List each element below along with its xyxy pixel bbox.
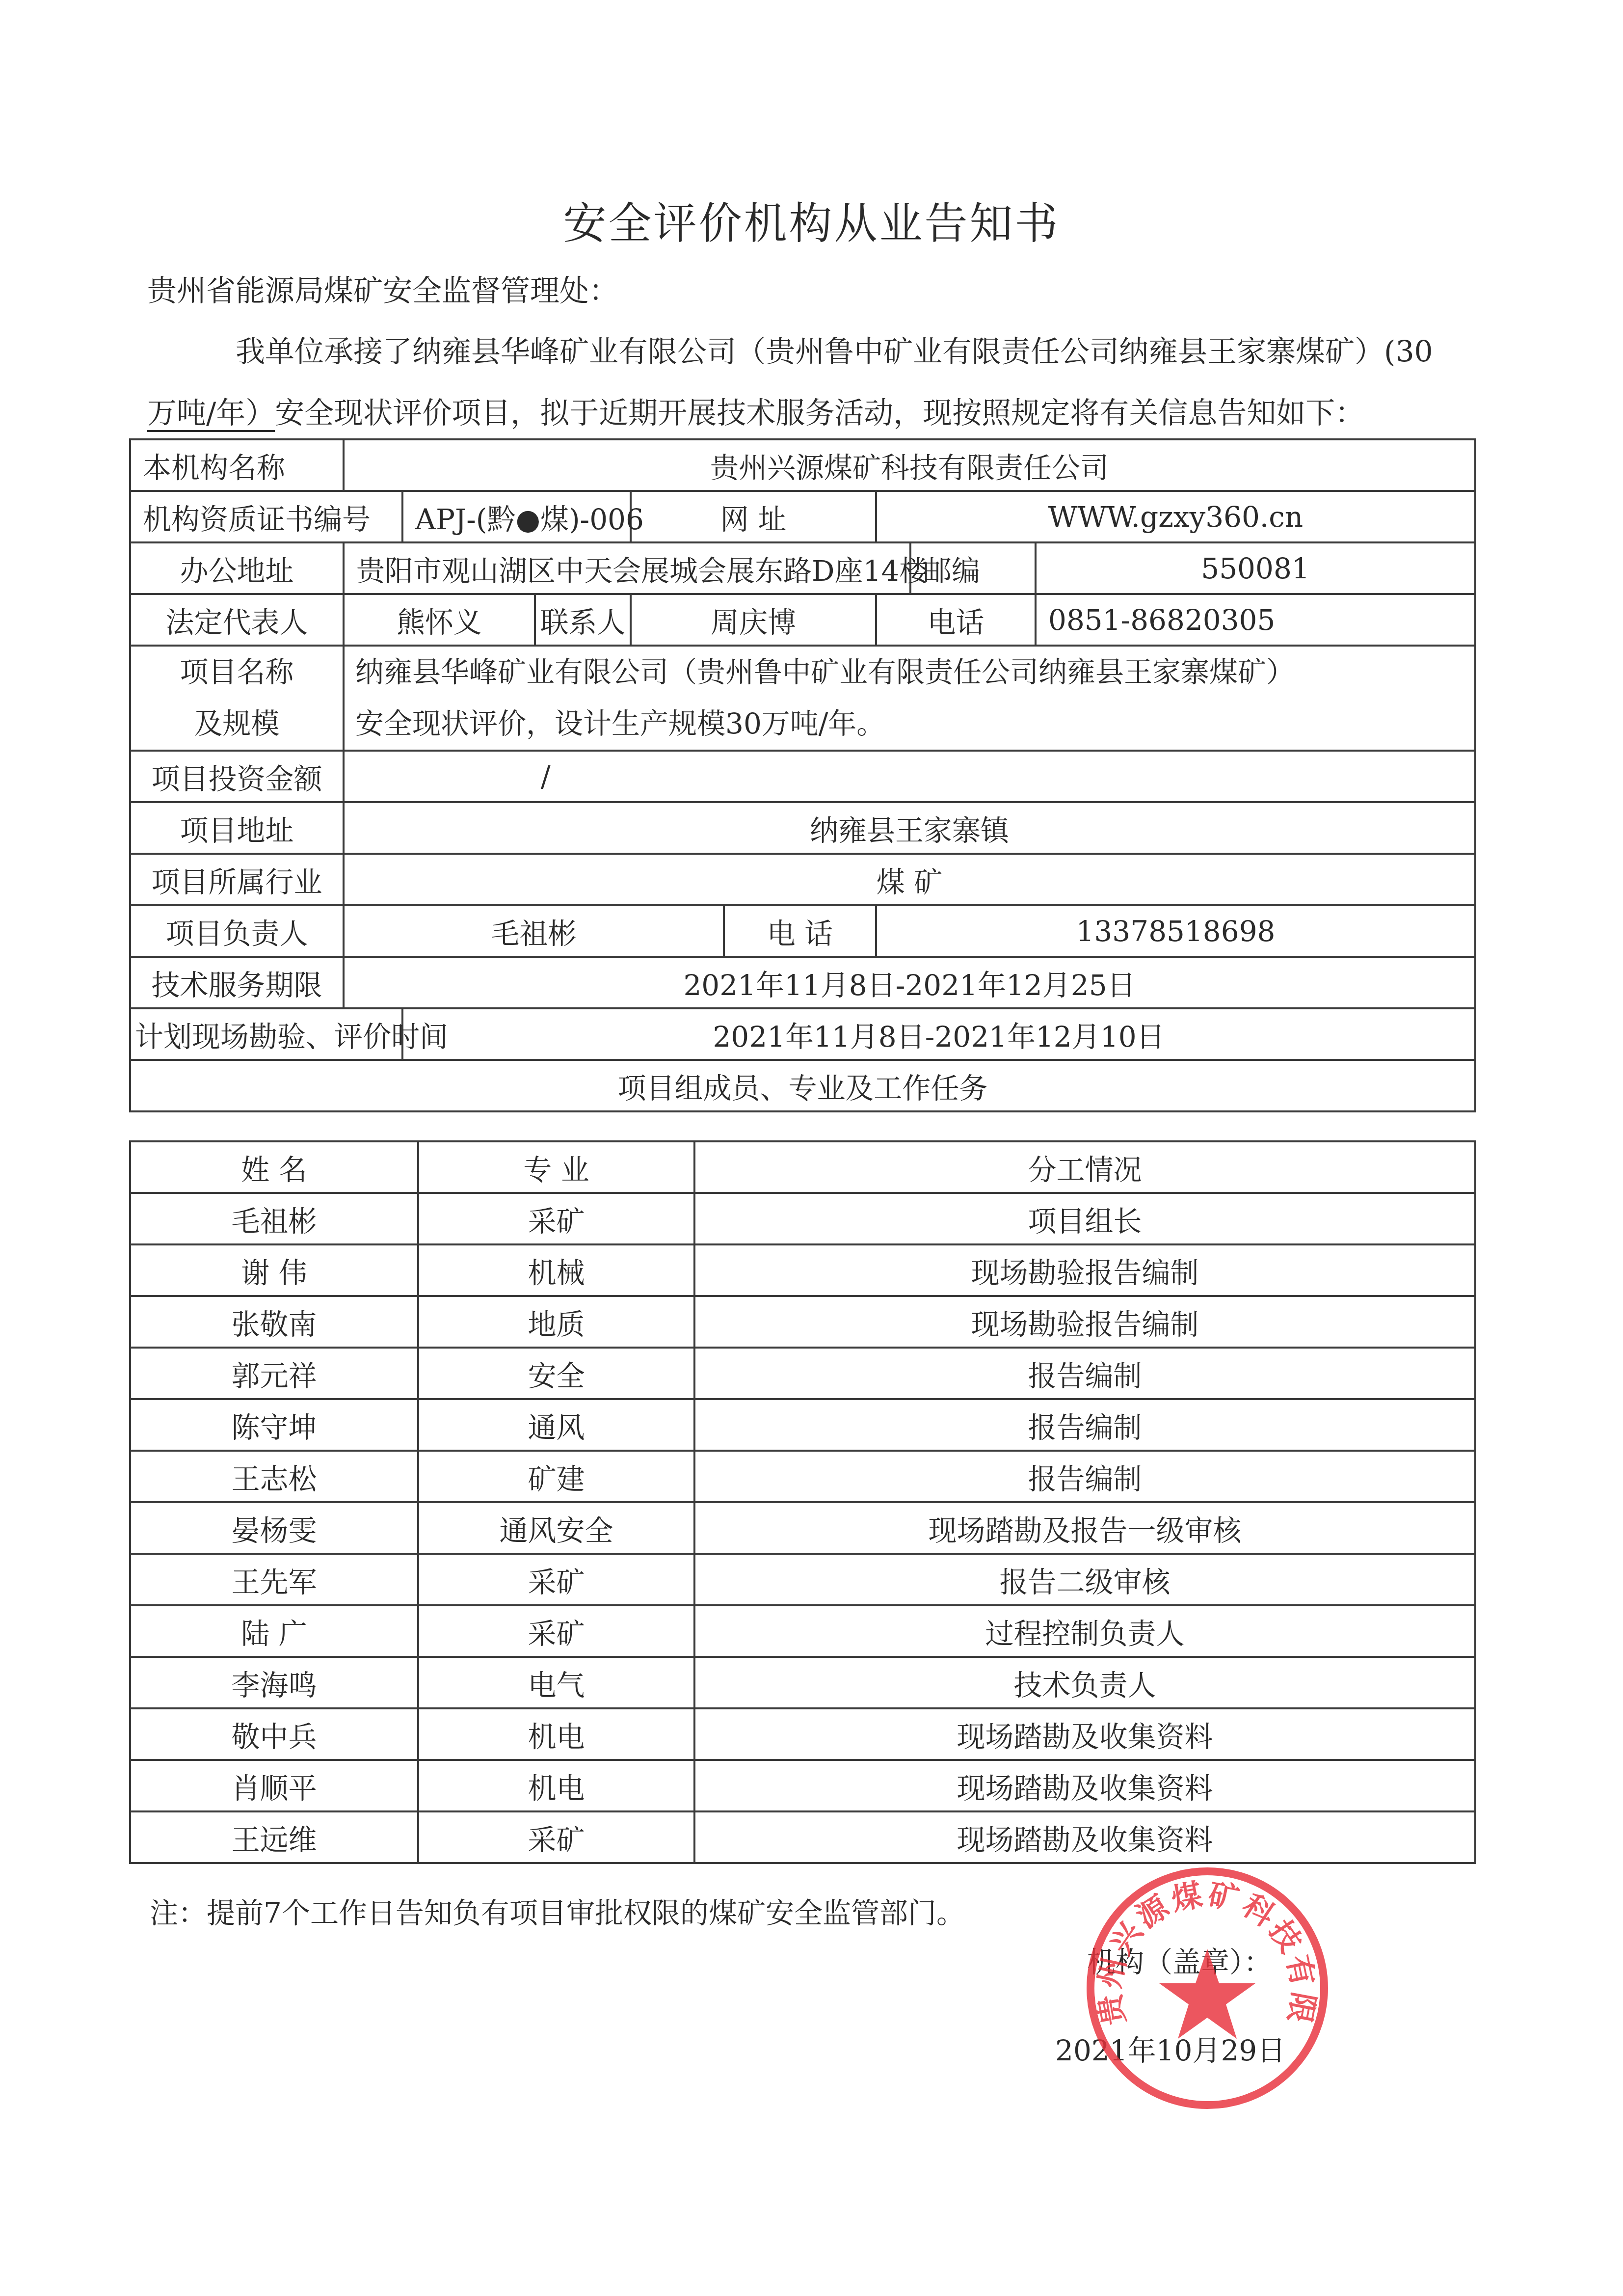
member-name: 王远维 [130, 1811, 418, 1863]
member-name: 陈守坤 [130, 1399, 418, 1451]
member-row: 敬中兵机电现场踏勘及收集资料 [130, 1708, 1475, 1760]
addressee: 贵州省能源局煤矿安全监督管理处： [147, 268, 618, 310]
member-row: 毛祖彬采矿项目组长 [130, 1193, 1475, 1244]
project-lead-value: 毛祖彬 [344, 905, 724, 957]
member-name: 毛祖彬 [130, 1193, 418, 1244]
industry-value: 煤 矿 [344, 854, 1475, 905]
industry-label: 项目所属行业 [130, 854, 344, 905]
member-name: 晏杨雯 [130, 1502, 418, 1554]
member-row: 肖顺平机电现场踏勘及收集资料 [130, 1760, 1475, 1811]
member-row: 张敬南地质现场勘验报告编制 [130, 1296, 1475, 1348]
postcode-label: 邮编 [910, 542, 1036, 594]
cert-label: 机构资质证书编号 [130, 491, 402, 542]
member-major: 机电 [418, 1760, 694, 1811]
row-investment: 项目投资金额 / [130, 751, 1475, 802]
header-major: 专 业 [418, 1141, 694, 1193]
member-name: 郭元祥 [130, 1348, 418, 1399]
website-label: 网 址 [631, 491, 876, 542]
project-name-value: 纳雍县华峰矿业有限公司（贵州鲁中矿业有限责任公司纳雍县王家寨煤矿）安全现状评价，… [344, 646, 1475, 751]
info-table: 本机构名称 贵州兴源煤矿科技有限责任公司 机构资质证书编号 APJ-(黔●煤)-… [129, 438, 1476, 1112]
website-value: WWW.gzxy360.cn [876, 491, 1475, 542]
row-project-address: 项目地址 纳雍县王家寨镇 [130, 802, 1475, 854]
row-org-name: 本机构名称 贵州兴源煤矿科技有限责任公司 [130, 439, 1475, 491]
lead-phone-label: 电 话 [724, 905, 876, 957]
body-line-2-rest: 安全现状评价项目，拟于近期开展技术服务活动，现按照规定将有关信息告知如下： [275, 396, 1364, 431]
member-row: 郭元祥安全报告编制 [130, 1348, 1475, 1399]
office-address: 贵阳市观山湖区中天会展城会展东路D座14楼 [344, 542, 910, 594]
member-task: 报告编制 [694, 1399, 1475, 1451]
member-row: 陆 广采矿过程控制负责人 [130, 1605, 1475, 1657]
member-task: 技术负责人 [694, 1657, 1475, 1708]
members-header-row: 姓 名 专 业 分工情况 [130, 1141, 1475, 1193]
members-table: 姓 名 专 业 分工情况 毛祖彬采矿项目组长 谢 伟机械现场勘验报告编制 张敬南… [129, 1140, 1476, 1864]
member-major: 地质 [418, 1296, 694, 1348]
member-task: 现场踏勘及报告一级审核 [694, 1502, 1475, 1554]
office-label: 办公地址 [130, 542, 344, 594]
member-task: 报告编制 [694, 1451, 1475, 1502]
member-task: 现场勘验报告编制 [694, 1296, 1475, 1348]
org-name-value: 贵州兴源煤矿科技有限责任公司 [344, 439, 1475, 491]
contact-label: 联系人 [535, 594, 631, 646]
signature-date: 2021年10月29日 [1055, 2027, 1285, 2069]
phone-label: 电话 [876, 594, 1036, 646]
project-address-value: 纳雍县王家寨镇 [344, 802, 1475, 854]
member-task: 现场勘验报告编制 [694, 1244, 1475, 1296]
legal-rep-value: 熊怀义 [344, 594, 535, 646]
member-major: 机电 [418, 1708, 694, 1760]
row-industry: 项目所属行业 煤 矿 [130, 854, 1475, 905]
postcode-value: 550081 [1036, 542, 1475, 594]
member-name: 李海鸣 [130, 1657, 418, 1708]
official-seal-icon: 贵州兴源煤矿科技有限责任公司 [1080, 1861, 1335, 2116]
members-section-title: 项目组成员、专业及工作任务 [130, 1060, 1475, 1111]
org-name-label: 本机构名称 [130, 439, 344, 491]
member-major: 采矿 [418, 1193, 694, 1244]
member-major: 通风 [418, 1399, 694, 1451]
member-major: 通风安全 [418, 1502, 694, 1554]
member-major: 采矿 [418, 1554, 694, 1605]
row-legal: 法定代表人 熊怀义 联系人 周庆博 电话 0851-86820305 [130, 594, 1475, 646]
row-cert: 机构资质证书编号 APJ-(黔●煤)-006 网 址 WWW.gzxy360.c… [130, 491, 1475, 542]
signature-label: 机构（盖章）： [1087, 1939, 1272, 1980]
row-project-lead: 项目负责人 毛祖彬 电 话 13378518698 [130, 905, 1475, 957]
member-row: 王远维采矿现场踏勘及收集资料 [130, 1811, 1475, 1863]
member-row: 王志松矿建报告编制 [130, 1451, 1475, 1502]
member-task: 项目组长 [694, 1193, 1475, 1244]
member-row: 李海鸣电气技术负责人 [130, 1657, 1475, 1708]
row-service-period: 技术服务期限 2021年11月8日-2021年12月25日 [130, 957, 1475, 1008]
member-major: 机械 [418, 1244, 694, 1296]
member-row: 晏杨雯通风安全现场踏勘及报告一级审核 [130, 1502, 1475, 1554]
service-period-value: 2021年11月8日-2021年12月25日 [344, 957, 1475, 1008]
header-name: 姓 名 [130, 1141, 418, 1193]
contact-value: 周庆博 [631, 594, 876, 646]
member-name: 陆 广 [130, 1605, 418, 1657]
member-major: 安全 [418, 1348, 694, 1399]
body-line-1: 我单位承接了纳雍县华峰矿业有限公司（贵州鲁中矿业有限责任公司纳雍县王家寨煤矿）(… [147, 322, 1536, 383]
project-name-label: 项目名称及规模 [130, 646, 344, 751]
body-underlined-scale: 万吨/年） [147, 396, 275, 431]
member-task: 过程控制负责人 [694, 1605, 1475, 1657]
document-title: 安全评价机构从业告知书 [0, 189, 1623, 251]
member-name: 张敬南 [130, 1296, 418, 1348]
member-task: 现场踏勘及收集资料 [694, 1760, 1475, 1811]
body-line-2: 万吨/年）安全现状评价项目，拟于近期开展技术服务活动，现按照规定将有关信息告知如… [147, 383, 1536, 444]
phone-value: 0851-86820305 [1036, 594, 1475, 646]
member-major: 采矿 [418, 1811, 694, 1863]
project-address-label: 项目地址 [130, 802, 344, 854]
investment-label: 项目投资金额 [130, 751, 344, 802]
member-name: 王先军 [130, 1554, 418, 1605]
member-row: 陈守坤通风报告编制 [130, 1399, 1475, 1451]
member-major: 矿建 [418, 1451, 694, 1502]
row-project-name: 项目名称及规模 纳雍县华峰矿业有限公司（贵州鲁中矿业有限责任公司纳雍县王家寨煤矿… [130, 646, 1475, 751]
header-task: 分工情况 [694, 1141, 1475, 1193]
member-name: 肖顺平 [130, 1760, 418, 1811]
row-survey-period: 计划现场勘验、评价时间 2021年11月8日-2021年12月10日 [130, 1008, 1475, 1060]
member-name: 谢 伟 [130, 1244, 418, 1296]
row-office: 办公地址 贵阳市观山湖区中天会展城会展东路D座14楼 邮编 550081 [130, 542, 1475, 594]
member-task: 现场踏勘及收集资料 [694, 1811, 1475, 1863]
investment-value: / [344, 751, 1475, 802]
project-lead-label: 项目负责人 [130, 905, 344, 957]
member-row: 王先军采矿报告二级审核 [130, 1554, 1475, 1605]
member-major: 电气 [418, 1657, 694, 1708]
footer-note: 注：提前7个工作日告知负有项目审批权限的煤矿安全监管部门。 [150, 1890, 965, 1931]
member-task: 现场踏勘及收集资料 [694, 1708, 1475, 1760]
legal-rep-label: 法定代表人 [130, 594, 344, 646]
survey-period-value: 2021年11月8日-2021年12月10日 [402, 1008, 1475, 1060]
lead-phone-value: 13378518698 [876, 905, 1475, 957]
member-name: 敬中兵 [130, 1708, 418, 1760]
service-period-label: 技术服务期限 [130, 957, 344, 1008]
cert-value: APJ-(黔●煤)-006 [402, 491, 631, 542]
row-members-title: 项目组成员、专业及工作任务 [130, 1060, 1475, 1111]
member-task: 报告编制 [694, 1348, 1475, 1399]
survey-period-label: 计划现场勘验、评价时间 [130, 1008, 402, 1060]
member-major: 采矿 [418, 1605, 694, 1657]
member-task: 报告二级审核 [694, 1554, 1475, 1605]
member-name: 王志松 [130, 1451, 418, 1502]
body-paragraph: 我单位承接了纳雍县华峰矿业有限公司（贵州鲁中矿业有限责任公司纳雍县王家寨煤矿）(… [147, 322, 1536, 444]
member-row: 谢 伟机械现场勘验报告编制 [130, 1244, 1475, 1296]
